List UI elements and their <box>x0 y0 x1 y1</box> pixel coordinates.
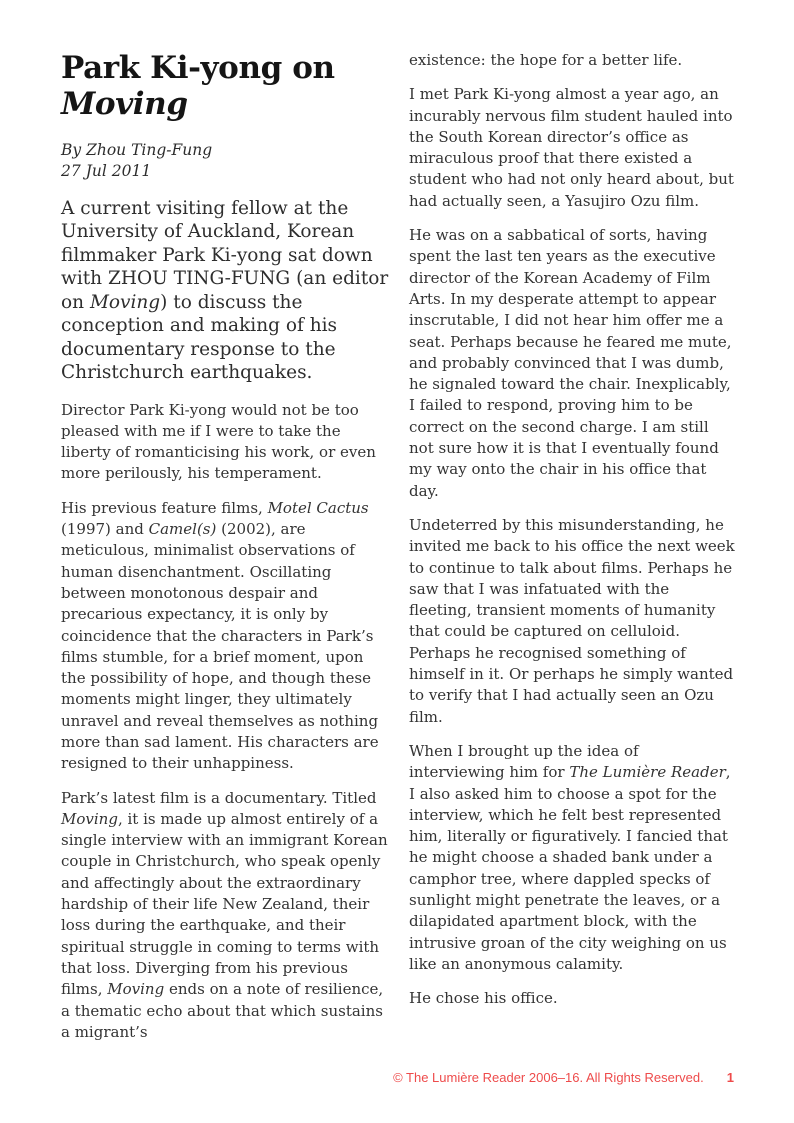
paragraph: Director Park Ki-yong would not be too p… <box>61 400 392 485</box>
left-column: Park Ki-yong onMoving By Zhou Ting-Fung … <box>61 50 392 1056</box>
lead-paragraph: A current visiting fellow at the Univers… <box>61 197 392 385</box>
paragraph: He was on a sabbatical of sorts, having … <box>409 225 735 502</box>
paragraph: I met Park Ki-yong almost a year ago, an… <box>409 84 735 212</box>
page-number: 1 <box>727 1070 734 1085</box>
paragraph: When I brought up the idea of interviewi… <box>409 741 735 975</box>
copyright-notice: © The Lumière Reader 2006–16. All Rights… <box>393 1070 704 1085</box>
paragraph: Undeterred by this misunderstanding, he … <box>409 515 735 728</box>
byline: By Zhou Ting-Fung <box>61 140 392 161</box>
right-column: existence: the hope for a better life. I… <box>409 50 735 1022</box>
byline-block: By Zhou Ting-Fung 27 Jul 2011 <box>61 140 392 182</box>
paragraph: He chose his office. <box>409 988 735 1009</box>
page-footer: © The Lumière Reader 2006–16. All Rights… <box>393 1070 734 1085</box>
paragraph: existence: the hope for a better life. <box>409 50 735 71</box>
article-title: Park Ki-yong onMoving <box>61 50 392 123</box>
paragraph: His previous feature films, Motel Cactus… <box>61 498 392 775</box>
paragraph: Park’s latest film is a documentary. Tit… <box>61 788 392 1044</box>
publish-date: 27 Jul 2011 <box>61 161 392 182</box>
document-page: Park Ki-yong onMoving By Zhou Ting-Fung … <box>0 0 794 1123</box>
